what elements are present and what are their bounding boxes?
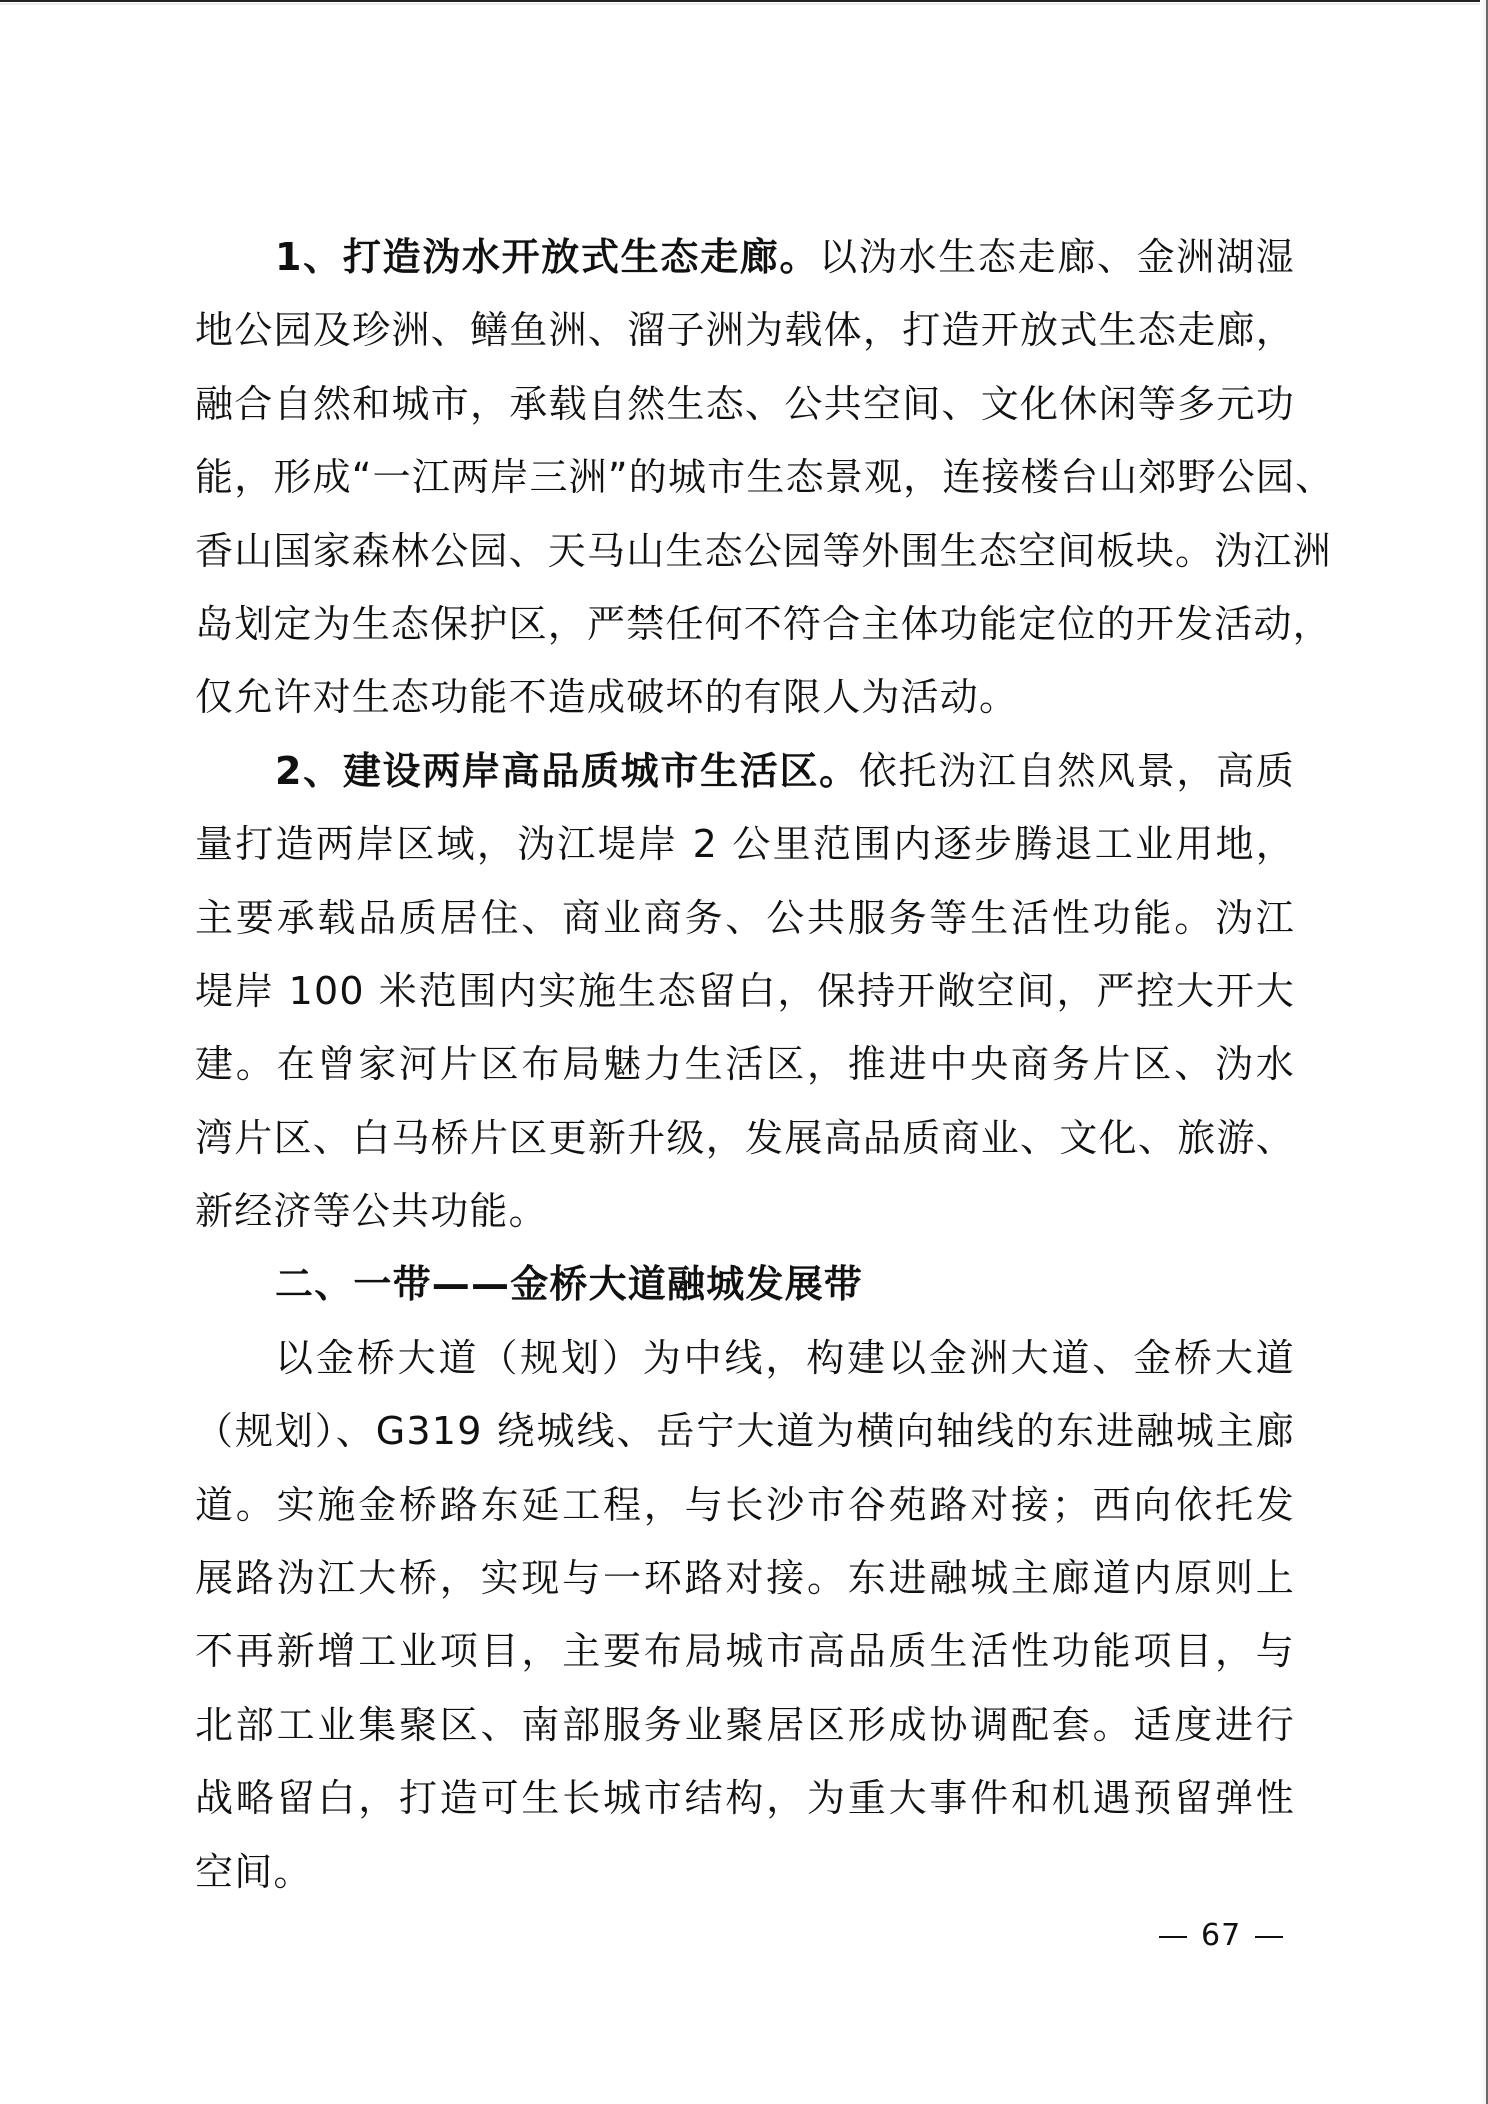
paragraph-2-line-2: 量打造两岸区域，沩江堤岸 2 公里范围内逐步腾退工业用地， [195, 819, 1295, 892]
paragraph-1-line-3: 融合自然和城市，承载自然生态、公共空间、文化休闲等多元功 [195, 379, 1295, 452]
dash-right [1255, 1936, 1283, 1938]
paragraph-text: 以沩水生态走廊、金洲湖湿 [819, 235, 1295, 279]
paragraph-2-line-6: 湾片区、白马桥片区更新升级，发展高品质商业、文化、旅游、 [195, 1113, 1295, 1186]
paragraph-2-line-5: 建。在曾家河片区布局魅力生活区，推进中央商务片区、沩水 [195, 1039, 1295, 1112]
paragraph-3-line-4: 展路沩江大桥，实现与一环路对接。东进融城主廊道内原则上 [195, 1553, 1295, 1626]
paragraph-1-line-2: 地公园及珍洲、鳝鱼洲、溜子洲为载体，打造开放式生态走廊， [195, 305, 1295, 378]
paragraph-3-line-7: 战略留白，打造可生长城市结构，为重大事件和机遇预留弹性 [195, 1773, 1295, 1846]
item-number: 2、 [275, 749, 343, 793]
paragraph-text: 依托沩江自然风景，高质 [859, 749, 1295, 793]
page-number-footer: 67 [1145, 1916, 1297, 1956]
dash-left [1159, 1936, 1187, 1938]
paragraph-2-line-7: 新经济等公共功能。 [195, 1186, 1295, 1259]
page-top-border [0, 0, 1488, 2]
page-number: 67 [1201, 1918, 1241, 1953]
paragraph-3-line-8: 空间。 [195, 1847, 1295, 1920]
paragraph-3-line-6: 北部工业集聚区、南部服务业聚居区形成协调配套。适度进行 [195, 1700, 1295, 1773]
section-heading: 二、一带——金桥大道融城发展带 [195, 1259, 1295, 1332]
document-body: 1、打造沩水开放式生态走廊。以沩水生态走廊、金洲湖湿 地公园及珍洲、鳝鱼洲、溜子… [195, 232, 1295, 1920]
paragraph-1-line-6: 岛划定为生态保护区，严禁任何不符合主体功能定位的开发活动， [195, 599, 1295, 672]
paragraph-1-line-7: 仅允许对生态功能不造成破坏的有限人为活动。 [195, 672, 1295, 745]
paragraph-2-line-4: 堤岸 100 米范围内实施生态留白，保持开敞空间，严控大开大 [195, 966, 1295, 1039]
paragraph-3-line-3: 道。实施金桥路东延工程，与长沙市谷苑路对接；西向依托发 [195, 1480, 1295, 1553]
paragraph-2-line-3: 主要承载品质居住、商业商务、公共服务等生活性功能。沩江 [195, 893, 1295, 966]
paragraph-1-line-5: 香山国家森林公园、天马山生态公园等外围生态空间板块。沩江洲 [195, 526, 1295, 599]
paragraph-2-line-1: 2、建设两岸高品质城市生活区。依托沩江自然风景，高质 [195, 746, 1295, 819]
paragraph-1-line-4: 能，形成“一江两岸三洲”的城市生态景观，连接楼台山郊野公园、 [195, 452, 1295, 525]
item-title: 打造沩水开放式生态走廊。 [343, 235, 819, 279]
paragraph-3-line-2: （规划）、G319 绕城线、岳宁大道为横向轴线的东进融城主廊 [195, 1406, 1295, 1479]
paragraph-3-line-1: 以金桥大道（规划）为中线，构建以金洲大道、金桥大道 [195, 1333, 1295, 1406]
paragraph-3-line-5: 不再新增工业项目，主要布局城市高品质生活性功能项目，与 [195, 1626, 1295, 1699]
page-top-border-shadow [0, 3, 1486, 5]
item-number: 1、 [275, 235, 343, 279]
paragraph-1-line-1: 1、打造沩水开放式生态走廊。以沩水生态走廊、金洲湖湿 [195, 232, 1295, 305]
item-title: 建设两岸高品质城市生活区。 [343, 749, 859, 793]
